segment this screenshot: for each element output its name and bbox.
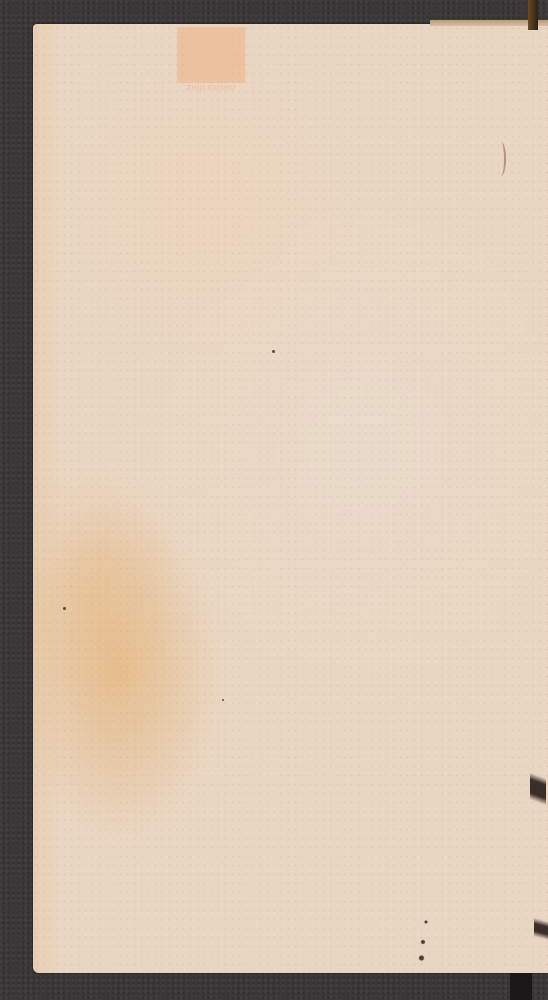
ink-stroke <box>530 724 546 854</box>
speck <box>222 699 224 701</box>
watermark-seal-icon <box>177 27 245 83</box>
speck <box>272 350 275 353</box>
binding-clip <box>528 0 538 30</box>
book-page: ZHIJI GUSHU <box>33 24 548 973</box>
watermark-text: ZHIJI GUSHU <box>173 84 249 92</box>
ink-specks <box>408 914 438 973</box>
scanner-shadow <box>510 973 532 1000</box>
speck <box>63 607 66 610</box>
ink-stroke <box>534 884 548 973</box>
hair-mark <box>496 142 506 176</box>
